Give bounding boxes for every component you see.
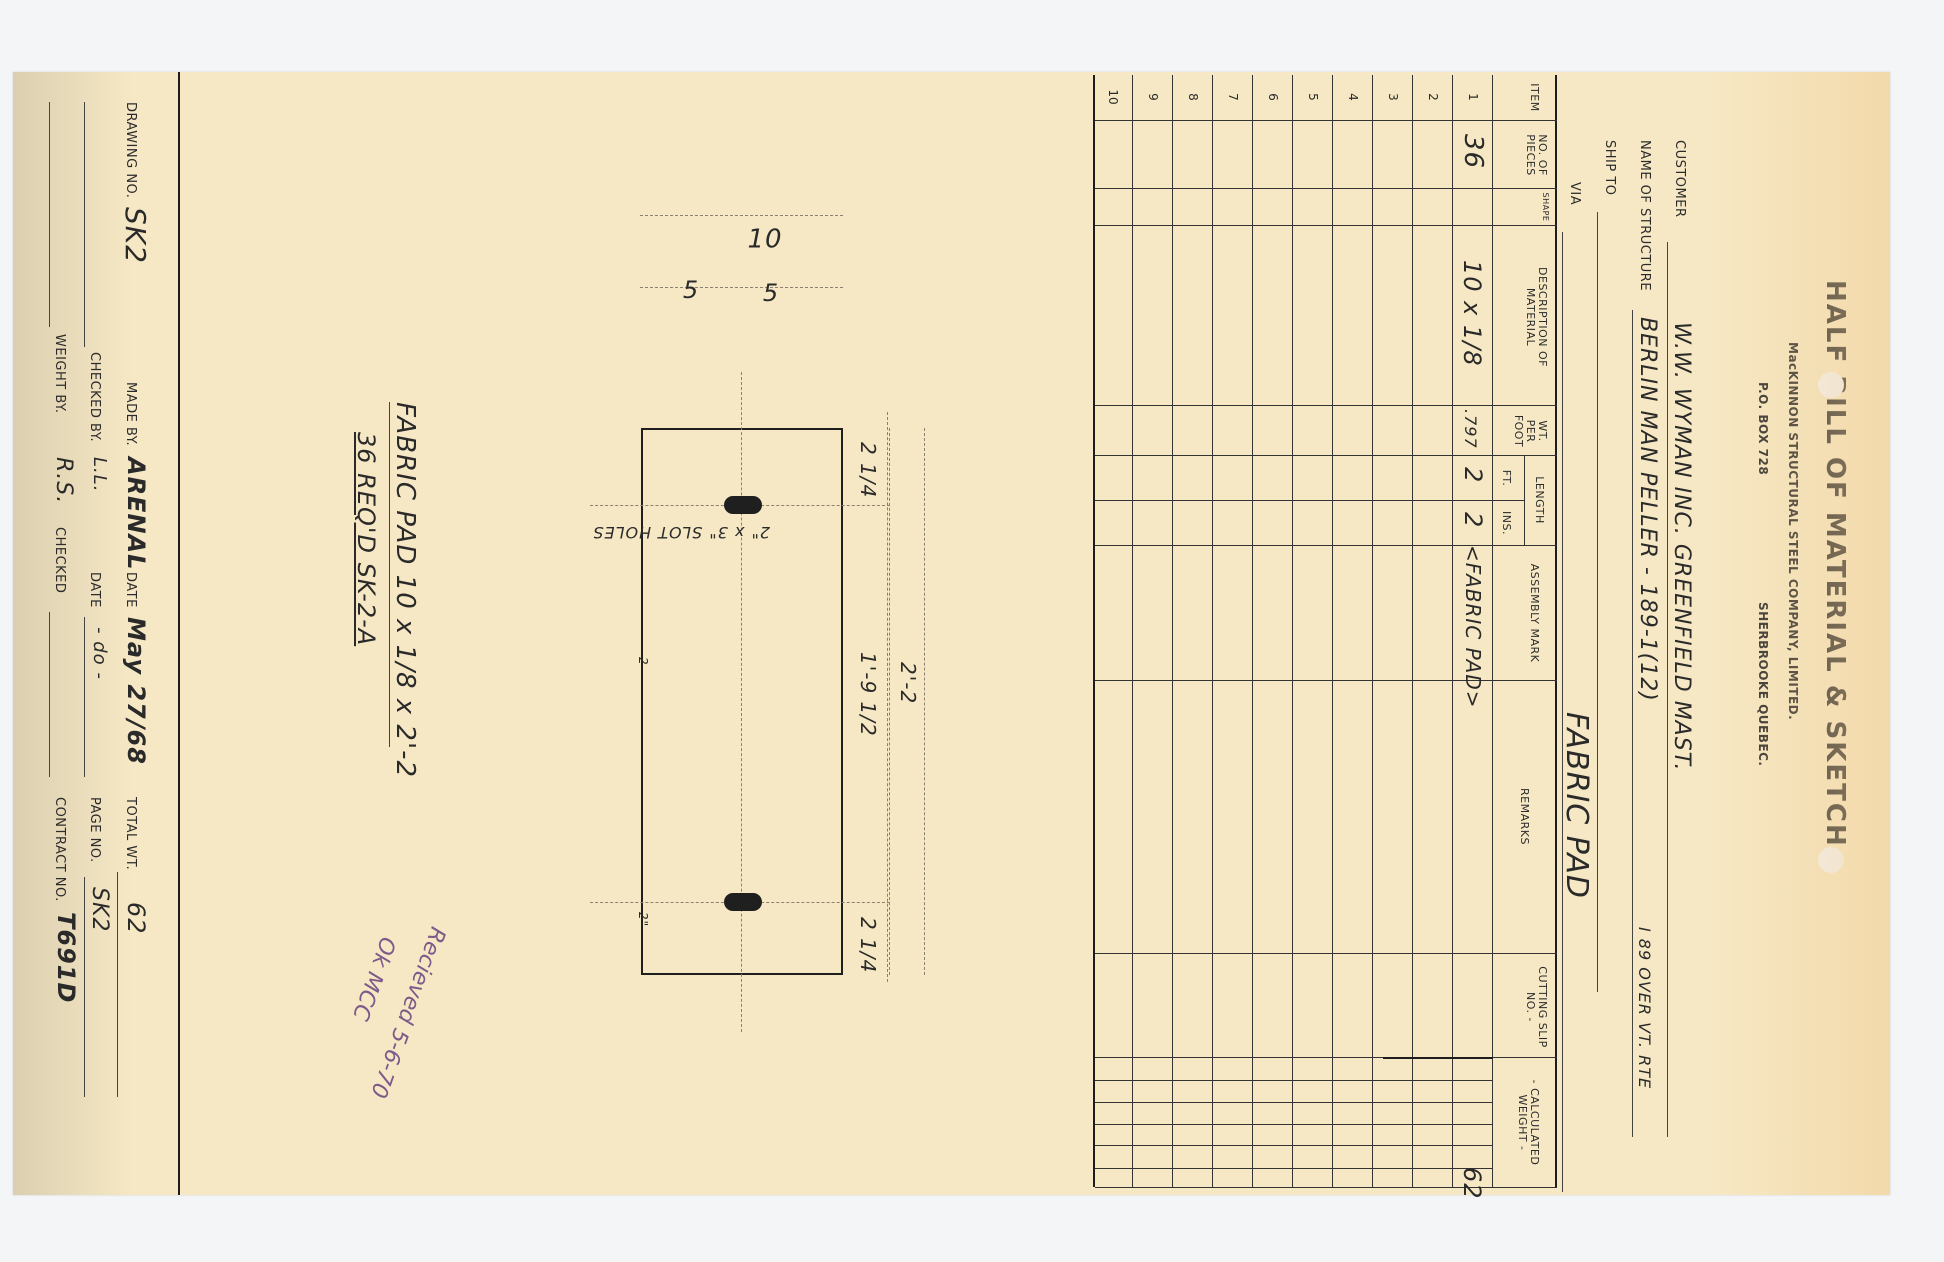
made-by-value[interactable]: ARENAL bbox=[122, 457, 150, 570]
po-box: P.O. BOX 728 bbox=[1756, 382, 1770, 475]
col-header-calculated-weight: - CALCULATED WEIGHT - bbox=[1516, 1060, 1540, 1185]
scanned-document: HALF BILL OF MATERIAL & SKETCH MacKINNON… bbox=[13, 72, 1890, 1195]
date2-value[interactable]: - do - bbox=[89, 627, 110, 680]
weight-by-value[interactable]: R.S. bbox=[51, 457, 76, 504]
col-header-shape: SHAPE bbox=[1541, 190, 1550, 224]
row1-length-ins[interactable]: 2 bbox=[1459, 512, 1487, 528]
col-header-remarks: REMARKS bbox=[1518, 680, 1530, 953]
row-item-1: 1 bbox=[1466, 73, 1480, 121]
ship-to-line bbox=[1597, 212, 1598, 992]
customer-line bbox=[1667, 242, 1668, 1137]
row1-wt-per-foot[interactable]: .797 bbox=[1461, 409, 1480, 449]
structure-label: NAME OF STRUCTURE bbox=[1637, 140, 1652, 291]
date2-label: DATE bbox=[87, 572, 102, 608]
date-label: DATE bbox=[123, 572, 138, 608]
part-qty: 36 REQ'D SK-2-A bbox=[352, 432, 380, 646]
company-city: SHERBROOKE QUEBEC. bbox=[1756, 602, 1770, 766]
ship-to-label: SHIP TO bbox=[1602, 140, 1617, 196]
structure-line bbox=[1632, 310, 1633, 1137]
drawing-no-value[interactable]: SK2 bbox=[119, 207, 152, 264]
dim-end-top: 2 1/4 bbox=[856, 442, 880, 498]
made-by-label: MADE BY. bbox=[123, 382, 138, 446]
part-label: FABRIC PAD 10 x 1/8 x 2'-2 bbox=[390, 402, 420, 778]
dim-overall: 2'-2 bbox=[896, 662, 920, 704]
dim-middle: 1'-9 1/2 bbox=[856, 652, 880, 737]
dim-end-bottom: 2 1/4 bbox=[856, 917, 880, 973]
slot-hole-bottom bbox=[724, 893, 762, 911]
checked-by-label: CHECKED BY. bbox=[87, 352, 102, 442]
ok-note: Ok MCC bbox=[347, 933, 400, 1023]
slot-callout: 2" x 3" SLOT HOLES bbox=[592, 523, 770, 542]
col-header-pieces: NO. OF PIECES bbox=[1524, 124, 1548, 186]
bill-of-material-form: HALF BILL OF MATERIAL & SKETCH MacKINNON… bbox=[13, 72, 1890, 1195]
contract-no-label: CONTRACT NO. bbox=[52, 797, 67, 902]
punch-hole bbox=[1818, 372, 1844, 398]
page-no-value[interactable]: SK2 bbox=[87, 887, 112, 932]
checked-by-value[interactable]: L.L. bbox=[89, 457, 110, 493]
contract-no-value[interactable]: T691D bbox=[52, 912, 80, 1003]
page-no-label: PAGE NO. bbox=[87, 797, 102, 863]
date-value[interactable]: May 27/68 bbox=[122, 617, 150, 765]
row-item-2: 2 bbox=[1426, 73, 1440, 121]
dim-width-left: 5 bbox=[683, 276, 699, 304]
row-item-3: 3 bbox=[1386, 73, 1400, 121]
title-block-divider bbox=[178, 72, 180, 1195]
row-item-5: 5 bbox=[1306, 73, 1320, 121]
dim-slot-offset-top: 2 bbox=[636, 657, 650, 666]
form-title: HALF BILL OF MATERIAL & SKETCH bbox=[1820, 280, 1850, 848]
customer-value[interactable]: W.W. WYMAN INC. GREENFIELD MAST. bbox=[1669, 322, 1694, 772]
col-header-assembly-mark: ASSEMBLY MARK bbox=[1528, 550, 1540, 676]
col-header-item: ITEM bbox=[1528, 75, 1540, 120]
col-header-description: DESCRIPTION OF MATERIAL bbox=[1524, 237, 1548, 397]
via-value[interactable]: FABRIC PAD bbox=[1559, 712, 1594, 899]
company-name: MacKINNON STRUCTURAL STEEL COMPANY, LIMI… bbox=[1786, 342, 1800, 720]
weight-by-label: WEIGHT BY. bbox=[52, 334, 67, 413]
total-wt-label: TOTAL WT. bbox=[123, 797, 138, 870]
row-item-10: 10 bbox=[1106, 73, 1120, 121]
row-item-6: 6 bbox=[1266, 73, 1280, 121]
dim-slot-offset-bottom: 2" bbox=[636, 912, 650, 927]
via-label: VIA bbox=[1567, 182, 1582, 205]
punch-hole bbox=[1818, 847, 1844, 873]
col-header-length-ft: FT. bbox=[1500, 456, 1512, 500]
col-header-length-ins: INS. bbox=[1500, 501, 1512, 545]
dim-width-total: 10 bbox=[747, 225, 782, 255]
row1-description[interactable]: 10 x 1/8 bbox=[1458, 260, 1486, 367]
row1-length-ft[interactable]: 2 bbox=[1459, 467, 1487, 483]
total-wt-value[interactable]: 62 bbox=[122, 902, 150, 935]
dim-width-right: 5 bbox=[763, 279, 779, 307]
row-item-9: 9 bbox=[1146, 73, 1160, 121]
structure-value[interactable]: BERLIN MAN PELLER - 189-1(12) bbox=[1635, 317, 1660, 702]
col-header-wt-per-foot: WT. PER FOOT bbox=[1512, 408, 1548, 454]
checked-label: CHECKED bbox=[52, 527, 67, 593]
row-item-7: 7 bbox=[1226, 73, 1240, 121]
customer-label: CUSTOMER bbox=[1672, 140, 1687, 217]
col-header-length: LENGTH bbox=[1533, 456, 1545, 544]
row1-pieces[interactable]: 36 bbox=[1458, 134, 1488, 169]
slot-hole-top bbox=[724, 496, 762, 514]
col-header-cutting-slip: CUTTING SLIP NO. - bbox=[1524, 962, 1548, 1052]
row1-calculated-weight[interactable]: 62 bbox=[1458, 1167, 1486, 1200]
structure-note: I 89 OVER VT. RTE bbox=[1635, 927, 1654, 1089]
row1-assembly-mark[interactable]: <FABRIC PAD> bbox=[1461, 545, 1485, 709]
row-item-4: 4 bbox=[1346, 73, 1360, 121]
drawing-no-label: DRAWING NO. bbox=[123, 102, 138, 198]
row-item-8: 8 bbox=[1186, 73, 1200, 121]
